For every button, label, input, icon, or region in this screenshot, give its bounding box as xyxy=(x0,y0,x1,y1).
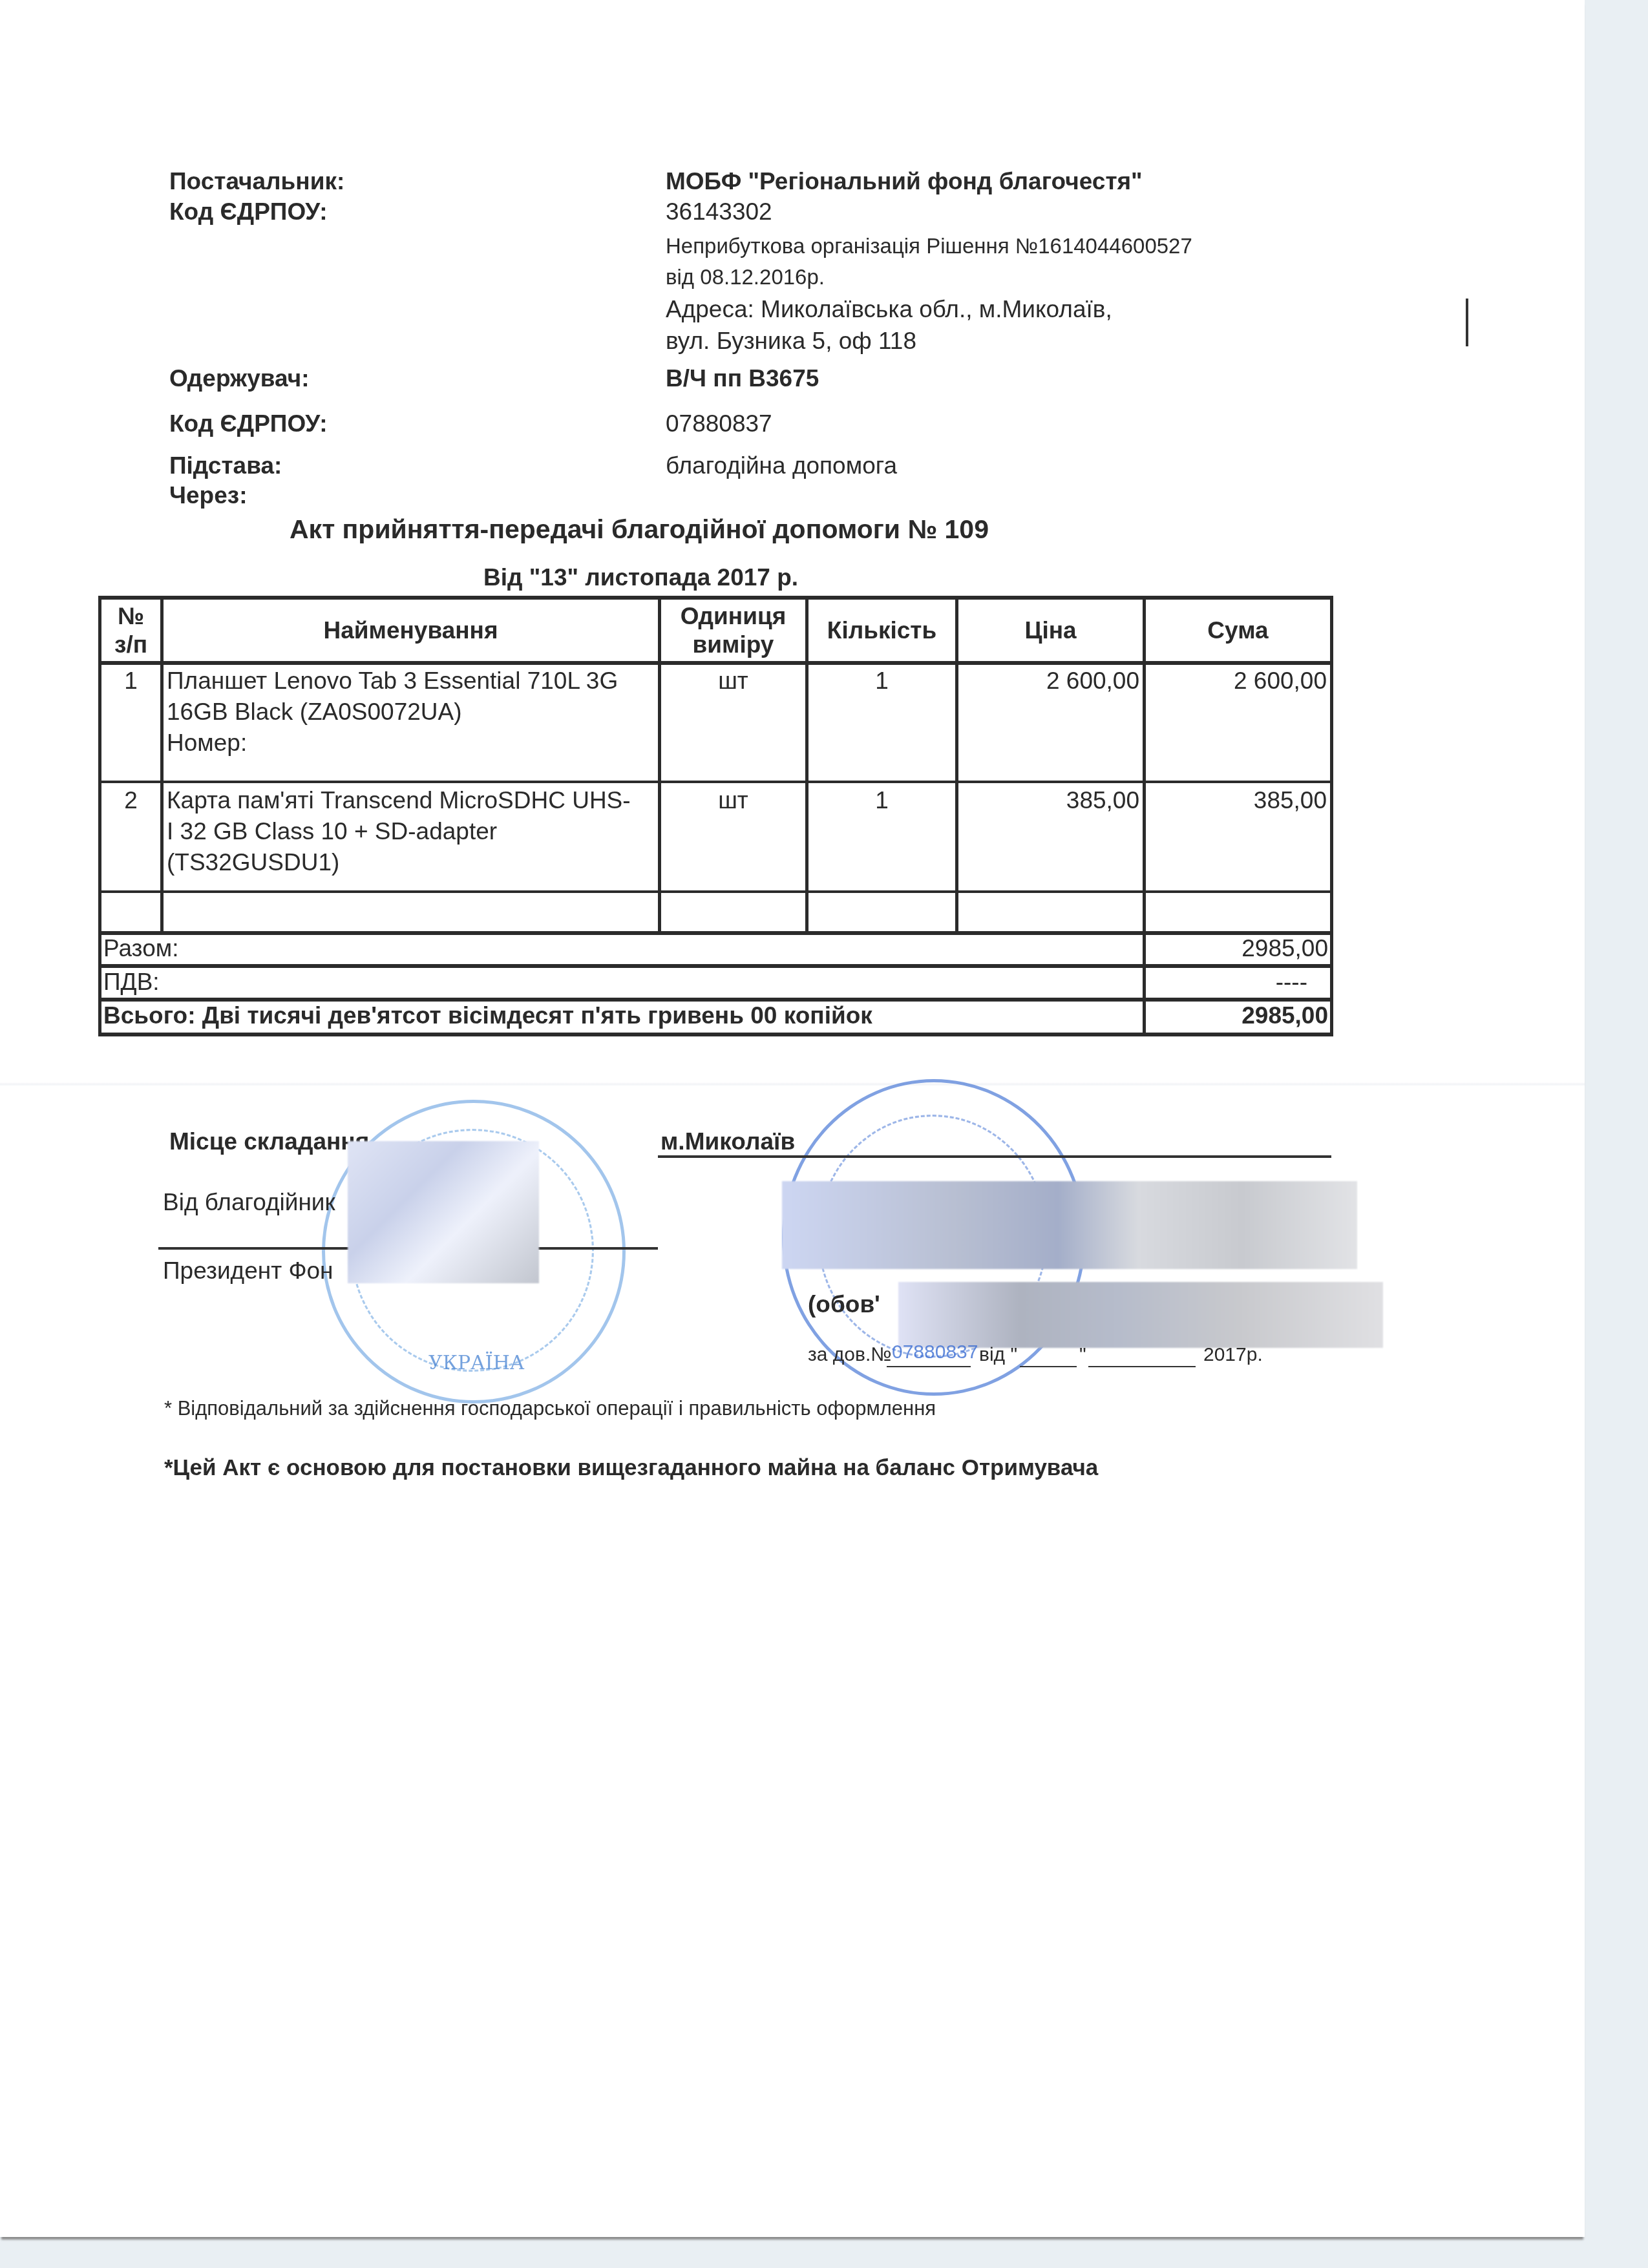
table-border-bottom xyxy=(98,1033,1333,1036)
row-divider xyxy=(98,890,1333,893)
row-1-name-line: 16GB Black (ZA0S0072UA) xyxy=(167,697,658,728)
row-1-number: 1 xyxy=(101,666,160,697)
paper-fold xyxy=(0,1082,1585,1086)
supplier-label: Постачальник: xyxy=(169,168,344,195)
recipient-label: Одержувач: xyxy=(169,365,310,392)
row-1-price: 2 600,00 xyxy=(958,666,1139,697)
col-header-number: № з/п xyxy=(101,600,160,661)
supplier-address-2: вул. Бузника 5, оф 118 xyxy=(666,328,916,355)
president-label: Президент Фон xyxy=(163,1257,333,1285)
table-header-divider xyxy=(98,661,1333,665)
recipient-code: 07880837 xyxy=(666,410,772,437)
power-of-attorney-from: від " xyxy=(979,1344,1017,1366)
total-label: Всього: Дві тисячі дев'ятсот вісімдесят … xyxy=(103,1000,872,1031)
row-2-sum: 385,00 xyxy=(1146,785,1327,816)
row-2-quantity: 1 xyxy=(808,785,955,816)
basis-value: благодійна допомога xyxy=(666,452,897,479)
col-header-quantity: Кількість xyxy=(808,600,955,661)
power-of-attorney-month-line xyxy=(1088,1366,1196,1367)
total-value: 2985,00 xyxy=(1146,1000,1328,1031)
redacted-recipient-position xyxy=(898,1282,1383,1348)
power-of-attorney-year: 2017р. xyxy=(1203,1344,1263,1366)
supplier-name: МОБФ "Регіональний фонд благочестя" xyxy=(666,168,1143,195)
vat-label: ПДВ: xyxy=(103,967,160,998)
supplier-address-1: Адреса: Миколаївська обл., м.Миколаїв, xyxy=(666,296,1112,323)
redacted-donor-signature xyxy=(348,1141,539,1283)
supplier-code: 36143302 xyxy=(666,198,772,226)
supplier-code-label: Код ЄДРПОУ: xyxy=(169,198,328,226)
row-divider xyxy=(98,781,1333,783)
row-2-number: 2 xyxy=(101,785,160,816)
document-page: Постачальник: МОБФ "Регіональний фонд бл… xyxy=(0,0,1585,2237)
row-1-unit: шт xyxy=(661,666,805,697)
left-stamp-text: УКРАЇНА xyxy=(428,1352,525,1374)
supplier-note-2: від 08.12.2016р. xyxy=(666,265,825,289)
col-header-number-line2: з/п xyxy=(114,631,147,659)
footnote-responsible: * Відповідальний за здійснення господарс… xyxy=(164,1397,936,1420)
row-2-price: 385,00 xyxy=(958,785,1139,816)
row-2-unit: шт xyxy=(661,785,805,816)
row-1-name-line: Номер: xyxy=(167,728,658,759)
row-2-name-line: I 32 GB Class 10 + SD-adapter xyxy=(167,816,658,847)
place-label: Місце складання xyxy=(169,1128,369,1155)
power-of-attorney-day-line xyxy=(1020,1366,1077,1367)
supplier-note-1: Неприбуткова організація Рішення №161404… xyxy=(666,234,1192,258)
row-1-sum: 2 600,00 xyxy=(1146,666,1327,697)
recipient-name: В/Ч пп В3675 xyxy=(666,365,819,392)
document-title: Акт прийняття-передачі благодійної допом… xyxy=(290,514,989,545)
via-label: Через: xyxy=(169,482,247,509)
place-underline xyxy=(658,1155,1331,1158)
vat-value: ---- xyxy=(1146,967,1307,998)
subtotal-label: Разом: xyxy=(103,933,178,964)
recipient-position-label: (обов' xyxy=(808,1291,880,1318)
col-header-unit-line2: виміру xyxy=(693,631,774,659)
row-1-name-line: Планшет Lenovo Tab 3 Essential 710L 3G xyxy=(167,666,658,697)
power-of-attorney-number-line xyxy=(887,1366,971,1367)
row-2-name: Карта пам'яті Transcend MicroSDHC UHS- I… xyxy=(167,785,658,878)
power-of-attorney-quote: " xyxy=(1079,1344,1086,1366)
scan-mark xyxy=(1466,299,1468,346)
basis-label: Підстава: xyxy=(169,452,282,479)
col-header-sum: Сума xyxy=(1146,600,1330,661)
col-header-price: Ціна xyxy=(958,600,1143,661)
col-header-name: Найменування xyxy=(164,600,658,661)
redacted-recipient-name xyxy=(782,1181,1357,1269)
row-1-name: Планшет Lenovo Tab 3 Essential 710L 3G 1… xyxy=(167,666,658,759)
table-border-left xyxy=(98,596,101,1036)
power-of-attorney-prefix: за дов.№ xyxy=(808,1344,891,1366)
donor-label: Від благодійник xyxy=(163,1189,335,1216)
row-2-name-line: Карта пам'яті Transcend MicroSDHC UHS- xyxy=(167,785,658,816)
place-value: м.Миколаїв xyxy=(660,1128,795,1155)
document-date: Від "13" листопада 2017 р. xyxy=(483,564,798,591)
footnote-basis: *Цей Акт є основою для постановки вищезг… xyxy=(164,1455,1098,1481)
table-border-right xyxy=(1330,596,1333,1036)
subtotal-value: 2985,00 xyxy=(1146,933,1328,964)
col-header-unit-line1: Одиниця xyxy=(681,602,787,631)
col-header-unit: Одиниця виміру xyxy=(661,600,805,661)
recipient-code-label: Код ЄДРПОУ: xyxy=(169,410,328,437)
power-of-attorney-number: 07880837 xyxy=(892,1341,978,1363)
row-1-quantity: 1 xyxy=(808,666,955,697)
col-header-number-line1: № xyxy=(118,602,144,631)
row-2-name-line: (TS32GUSDU1) xyxy=(167,847,658,878)
